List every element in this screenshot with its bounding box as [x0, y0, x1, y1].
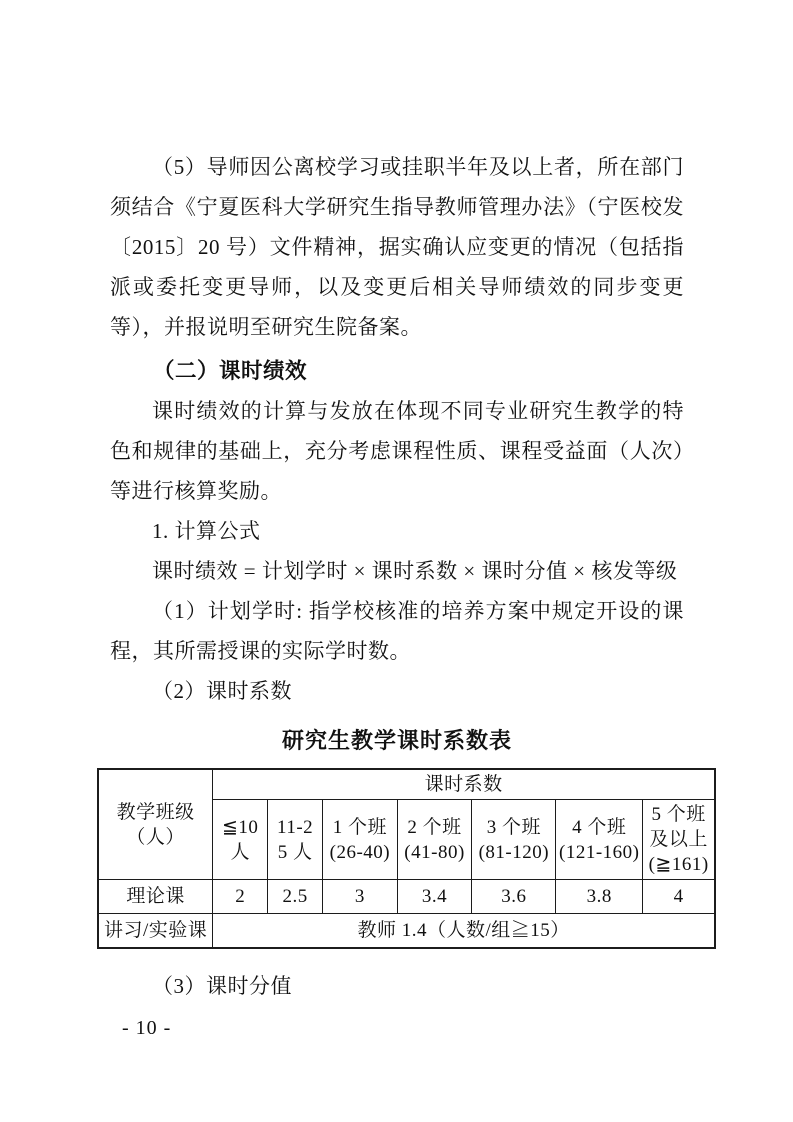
value-cell: 3.6 [472, 880, 556, 914]
paragraph-intro: 课时绩效的计算与发放在体现不同专业研究生教学的特色和规律的基础上，充分考虑课程性… [110, 391, 684, 511]
paragraph-item-5: （5）导师因公离校学习或挂职半年及以上者，所在部门须结合《宁夏医科大学研究生指导… [110, 147, 684, 347]
value-cell: 3.8 [556, 880, 643, 914]
column-header-11-25: 11-2 5 人 [268, 800, 323, 880]
practice-span-value-cell: 教师 1.4（人数/组≧15） [213, 914, 715, 948]
table-row-group-header: 教学班级 （人） 课时系数 [98, 769, 715, 800]
table-title: 研究生教学课时系数表 [110, 721, 684, 761]
column-header-le10: ≦10 人 [213, 800, 268, 880]
section-heading-keshi-jixiao: （二）课时绩效 [110, 351, 684, 391]
value-cell: 3.4 [397, 880, 472, 914]
column-header-3-class: 3 个班 (81-120) [472, 800, 556, 880]
column-header-1-class: 1 个班 (26-40) [323, 800, 398, 880]
row-label-theory: 理论课 [98, 880, 213, 914]
group-header-cell: 课时系数 [213, 769, 715, 800]
column-header-2-class: 2 个班 (41-80) [397, 800, 472, 880]
paragraph-sub-3: （3）课时分值 [110, 966, 684, 1006]
document-content: （5）导师因公离校学习或挂职半年及以上者，所在部门须结合《宁夏医科大学研究生指导… [0, 0, 793, 1006]
corner-header-cell: 教学班级 （人） [98, 769, 213, 880]
paragraph-sub-1: （1）计划学时: 指学校核准的培养方案中规定开设的课程，其所需授课的实际学时数。 [110, 591, 684, 671]
table-row-practice: 讲习/实验课 教师 1.4（人数/组≧15） [98, 914, 715, 948]
page-number: - 10 - [122, 1013, 171, 1043]
value-cell: 4 [643, 880, 715, 914]
table-row-theory: 理论课 2 2.5 3 3.4 3.6 3.8 4 [98, 880, 715, 914]
paragraph-formula: 课时绩效 = 计划学时 × 课时系数 × 课时分值 × 核发等级 [110, 551, 684, 591]
document-page: （5）导师因公离校学习或挂职半年及以上者，所在部门须结合《宁夏医科大学研究生指导… [0, 0, 793, 1122]
value-cell: 2.5 [268, 880, 323, 914]
paragraph-calc-label: 1. 计算公式 [110, 511, 684, 551]
coefficient-table: 教学班级 （人） 课时系数 ≦10 人 11-2 5 人 1 个班 (26-40… [97, 768, 716, 949]
paragraph-sub-2: （2）课时系数 [110, 671, 684, 711]
row-label-practice: 讲习/实验课 [98, 914, 213, 948]
column-header-5-class-up: 5 个班 及以上 (≧161) [643, 800, 715, 880]
column-header-4-class: 4 个班 (121-160) [556, 800, 643, 880]
value-cell: 2 [213, 880, 268, 914]
value-cell: 3 [323, 880, 398, 914]
